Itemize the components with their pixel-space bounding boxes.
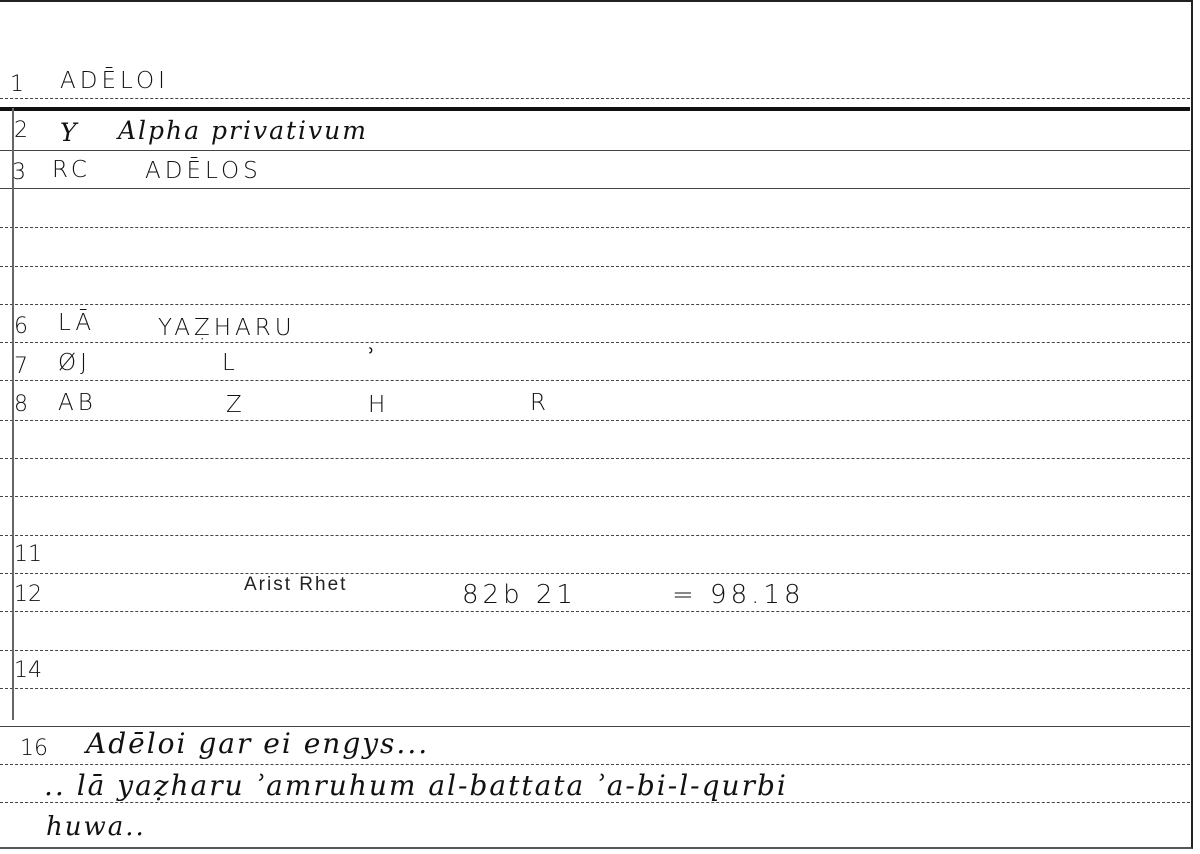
quotation-arabic-end: huwa.. — [46, 814, 146, 840]
line-number: 16 — [20, 736, 48, 761]
rule-line — [0, 764, 1190, 765]
rule-line — [0, 304, 1190, 305]
field-code: LĀ — [58, 312, 95, 335]
quotation-arabic: .. lā yaẓharu ʾamruhum al-battata ʾa-bi-… — [44, 772, 788, 800]
field-code: ØJ — [58, 352, 91, 375]
rule-line — [0, 420, 1190, 421]
field-text: Z — [226, 394, 246, 417]
rule-line-thick — [0, 107, 1190, 111]
field-code: Y — [60, 120, 79, 145]
field-text: ʾ — [368, 347, 379, 370]
rule-line — [0, 535, 1190, 536]
rule-line — [0, 266, 1190, 267]
rule-line — [0, 98, 1190, 99]
quotation-greek: Adēloi gar ei engys... — [86, 730, 429, 758]
rule-line — [0, 496, 1190, 497]
rule-line — [0, 458, 1190, 459]
rule-line — [0, 227, 1190, 228]
line-number: 8 — [14, 392, 28, 417]
rule-line — [0, 188, 1190, 189]
line-number: 2 — [14, 118, 28, 143]
rule-line — [0, 573, 1190, 574]
line-number: 3 — [12, 160, 26, 185]
rule-line — [0, 150, 1190, 151]
field-text: L — [222, 352, 239, 375]
field-text: ADĒLOS — [145, 160, 262, 183]
rule-line — [0, 650, 1190, 651]
field-text: YAẒHARU — [158, 317, 296, 340]
rule-line — [0, 611, 1190, 612]
rule-line — [0, 688, 1190, 689]
line-number: 11 — [14, 542, 42, 567]
field-text: R — [530, 392, 550, 415]
index-card: 1 ADĒLOI 2 Y Alpha privativum 3 RC ADĒLO… — [0, 0, 1193, 849]
rule-line — [0, 802, 1190, 803]
headword: ADĒLOI — [60, 70, 169, 93]
source-locus: 82b 21 — [462, 582, 577, 608]
rule-line — [0, 342, 1190, 343]
field-text: Alpha privativum — [118, 118, 368, 143]
field-text: H — [368, 394, 389, 417]
field-code: AB — [58, 392, 97, 415]
line-number: 6 — [14, 314, 28, 339]
field-code: RC — [52, 159, 91, 182]
line-number: 14 — [14, 658, 42, 683]
line-number: 12 — [14, 582, 42, 607]
line-number: 7 — [14, 354, 28, 379]
line-number: 1 — [10, 72, 24, 97]
rule-line — [0, 380, 1190, 381]
source-page: = 98.18 — [672, 582, 804, 608]
source-reference: Arist Rhet — [244, 574, 347, 596]
